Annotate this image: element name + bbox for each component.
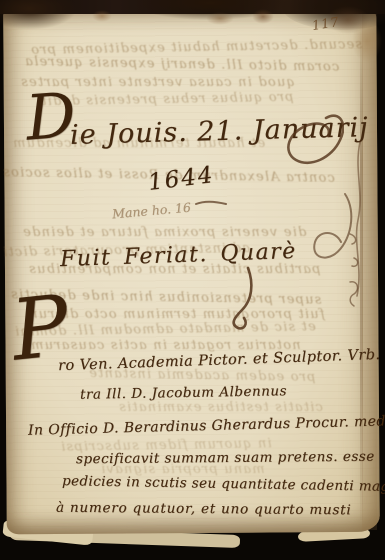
body-line: à numero quatuor, et uno quarto musti bbox=[56, 500, 352, 519]
book-top-edge bbox=[0, 0, 385, 14]
bleedthrough-line: die veneris proxima futura et deinde bbox=[22, 225, 306, 240]
bleedthrough-line: citatis testibus examinatis bbox=[118, 400, 323, 415]
body-line: specificavit summam suam pretens. esse bbox=[76, 449, 375, 468]
manuscript-scan: 117 secund. decretum habuit expeditionem… bbox=[0, 0, 385, 560]
